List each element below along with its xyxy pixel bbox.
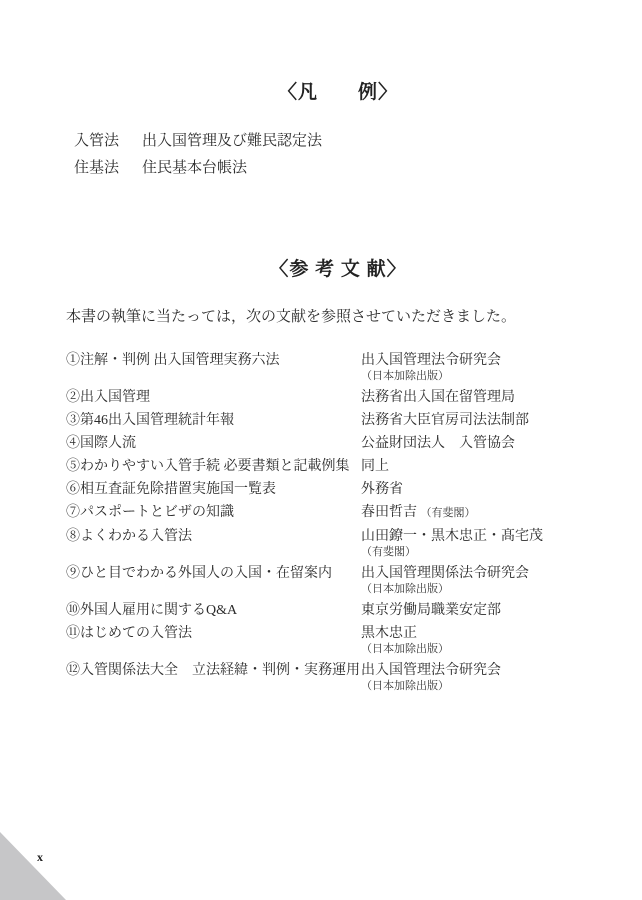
legend-definition: 住民基本台帳法 [142,155,610,182]
reference-title: 注解・判例 出入国管理実務六法 [80,353,280,368]
reference-row: ⑦パスポートとビザの知識 春田哲吉 （有斐閣） [66,504,610,522]
reference-number: ① [66,353,80,368]
reference-number: ⑩ [66,603,80,618]
reference-title-cell: ①注解・判例 出入国管理実務六法 [66,352,361,383]
reference-source-publisher: （日本加除出版） [361,642,610,656]
reference-title-cell: ⑧よくわかる入管法 [66,528,361,559]
reference-source: 出入国管理法令研究会 [361,353,501,368]
legend-row: 住基法 住民基本台帳法 [74,155,610,182]
reference-title-cell: ⑦パスポートとビザの知識 [66,504,361,522]
reference-title: パスポートとビザの知識 [80,505,234,520]
reference-row: ⑧よくわかる入管法 山田鐐一・黒木忠正・髙宅茂 （有斐閣） [66,528,610,559]
reference-source-cell: 出入国管理関係法令研究会 （日本加除出版） [361,565,610,596]
references-section-title: 〈参 考 文 献〉 [66,259,610,281]
reference-source-publisher: （日本加除出版） [361,679,610,693]
reference-source-cell: 同上 [361,458,610,475]
reference-title: よくわかる入管法 [80,529,192,544]
reference-title: 入管関係法大全 立法経緯・判例・実務運用 [80,663,360,678]
reference-source: 東京労働局職業安定部 [361,603,501,618]
reference-source-cell: 山田鐐一・黒木忠正・髙宅茂 （有斐閣） [361,528,610,559]
reference-row: ⑨ひと目でわかる外国人の入国・在留案内 出入国管理関係法令研究会 （日本加除出版… [66,565,610,596]
reference-row: ⑤わかりやすい入管手続 必要書類と記載例集 同上 [66,458,610,475]
legend-section-title: 〈凡 例〉 [66,82,610,104]
reference-title: 第46出入国管理統計年報 [80,413,234,428]
reference-source-cell: 春田哲吉 （有斐閣） [361,504,610,522]
reference-title: 外国人雇用に関するQ&A [80,603,237,618]
reference-source-publisher: （日本加除出版） [361,369,610,383]
corner-triangle-decoration [0,832,66,900]
reference-number: ⑥ [66,482,80,497]
reference-title-cell: ④国際人流 [66,435,361,452]
reference-source-cell: 出入国管理法令研究会 （日本加除出版） [361,352,610,383]
reference-row: ③第46出入国管理統計年報 法務省大臣官房司法法制部 [66,412,610,429]
reference-source-cell: 法務省出入国在留管理局 [361,389,610,406]
reference-number: ⑧ [66,529,80,544]
reference-title: ひと目でわかる外国人の入国・在留案内 [80,566,332,581]
reference-title-cell: ③第46出入国管理統計年報 [66,412,361,429]
reference-title: わかりやすい入管手続 必要書類と記載例集 [80,459,350,474]
reference-source-publisher: （日本加除出版） [361,582,610,596]
reference-source: 出入国管理法令研究会 [361,663,501,678]
reference-source: 黒木忠正 [361,626,417,641]
reference-number: ⑪ [66,626,80,641]
reference-title-cell: ⑨ひと目でわかる外国人の入国・在留案内 [66,565,361,596]
reference-source: 春田哲吉 [361,505,417,520]
page-number: x [37,850,43,865]
reference-title-cell: ⑤わかりやすい入管手続 必要書類と記載例集 [66,458,361,475]
reference-source-cell: 東京労働局職業安定部 [361,602,610,619]
reference-title: 相互査証免除措置実施国一覧表 [80,482,276,497]
reference-title: はじめての入管法 [80,626,192,641]
reference-row: ⑫入管関係法大全 立法経緯・判例・実務運用 出入国管理法令研究会 （日本加除出版… [66,662,610,693]
reference-title-cell: ⑪はじめての入管法 [66,625,361,656]
reference-source: 山田鐐一・黒木忠正・髙宅茂 [361,529,543,544]
reference-source-note: （有斐閣） [421,507,476,519]
reference-source-cell: 黒木忠正 （日本加除出版） [361,625,610,656]
reference-number: ② [66,390,80,405]
reference-title: 国際人流 [80,436,136,451]
reference-row: ②出入国管理 法務省出入国在留管理局 [66,389,610,406]
reference-source: 外務省 [361,482,403,497]
reference-number: ③ [66,413,80,428]
reference-number: ⑦ [66,505,80,520]
references-intro-text: 本書の執筆に当たっては，次の文献を参照させていただきました。 [66,308,610,326]
reference-title-cell: ⑥相互査証免除措置実施国一覧表 [66,481,361,498]
reference-source: 公益財団法人 入管協会 [361,436,515,451]
reference-source: 同上 [361,459,389,474]
reference-source: 法務省大臣官房司法法制部 [361,413,529,428]
book-page: 〈凡 例〉 入管法 出入国管理及び難民認定法 住基法 住民基本台帳法 〈参 考 … [0,0,642,900]
reference-title-cell: ⑫入管関係法大全 立法経緯・判例・実務運用 [66,662,361,693]
reference-title: 出入国管理 [80,390,150,405]
reference-row: ①注解・判例 出入国管理実務六法 出入国管理法令研究会 （日本加除出版） [66,352,610,383]
reference-title-cell: ⑩外国人雇用に関するQ&A [66,602,361,619]
legend-term: 住基法 [74,155,142,182]
reference-number: ⑨ [66,566,80,581]
legend-row: 入管法 出入国管理及び難民認定法 [74,128,610,155]
reference-number: ④ [66,436,80,451]
reference-source-cell: 出入国管理法令研究会 （日本加除出版） [361,662,610,693]
reference-title-cell: ②出入国管理 [66,389,361,406]
legend-list: 入管法 出入国管理及び難民認定法 住基法 住民基本台帳法 [74,128,610,182]
reference-row: ⑩外国人雇用に関するQ&A 東京労働局職業安定部 [66,602,610,619]
reference-row: ④国際人流 公益財団法人 入管協会 [66,435,610,452]
legend-term: 入管法 [74,128,142,155]
references-list: ①注解・判例 出入国管理実務六法 出入国管理法令研究会 （日本加除出版） ②出入… [66,352,610,693]
reference-number: ⑫ [66,663,80,678]
reference-source-cell: 外務省 [361,481,610,498]
reference-row: ⑥相互査証免除措置実施国一覧表 外務省 [66,481,610,498]
reference-number: ⑤ [66,459,80,474]
reference-source-cell: 法務省大臣官房司法法制部 [361,412,610,429]
reference-source: 出入国管理関係法令研究会 [361,566,529,581]
reference-source: 法務省出入国在留管理局 [361,390,515,405]
page-content: 〈凡 例〉 入管法 出入国管理及び難民認定法 住基法 住民基本台帳法 〈参 考 … [66,82,610,699]
reference-source-publisher: （有斐閣） [361,545,610,559]
legend-definition: 出入国管理及び難民認定法 [142,128,610,155]
reference-source-cell: 公益財団法人 入管協会 [361,435,610,452]
reference-row: ⑪はじめての入管法 黒木忠正 （日本加除出版） [66,625,610,656]
